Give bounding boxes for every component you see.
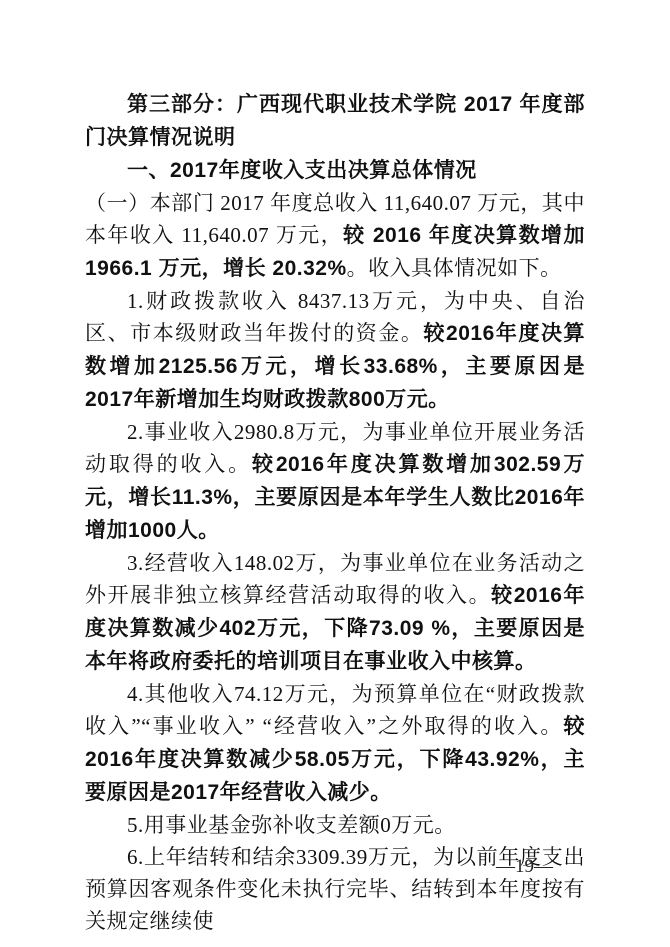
para-fund-balance-subsidy: 5.用事业基金弥补收支差额0万元。 [85,809,585,841]
heading-income-expenditure-overview-text: 一、2017年度收入支出决算总体情况 [127,159,477,182]
heading-part-three: 第三部分：广西现代职业技术学院 2017 年度部门决算情况说明 [85,88,585,154]
heading-part-three-text: 第三部分：广西现代职业技术学院 2017 年度部门决算情况说明 [85,93,585,149]
para-other-income-text: 4.其他收入74.12万元，为预算单位在“财政拨款收入”“事业收入” “经营收入… [85,682,585,738]
para-fiscal-appropriation-income: 1.财政拨款收入 8437.13万元，为中央、自治区、市本级财政当年拨付的资金。… [85,285,585,416]
para-other-income: 4.其他收入74.12万元，为预算单位在“财政拨款收入”“事业收入” “经营收入… [85,678,585,809]
document-page: 第三部分：广西现代职业技术学院 2017 年度部门决算情况说明 一、2017年度… [85,88,585,937]
para-operating-income: 3.经营收入148.02万，为事业单位在业务活动之外开展非独立核算经营活动取得的… [85,547,585,678]
para-business-income: 2.事业收入2980.8万元，为事业单位开展业务活动取得的收入。较2016年度决… [85,416,585,547]
page-number: —19— [0,855,553,879]
para-total-income: （一）本部门 2017 年度总收入 11,640.07 万元，其中本年收入 11… [85,187,585,285]
heading-income-expenditure-overview: 一、2017年度收入支出决算总体情况 [85,154,585,187]
para-fund-balance-subsidy-text: 5.用事业基金弥补收支差额0万元。 [127,813,456,837]
para-total-income-tail: 。收入具体情况如下。 [347,256,562,280]
